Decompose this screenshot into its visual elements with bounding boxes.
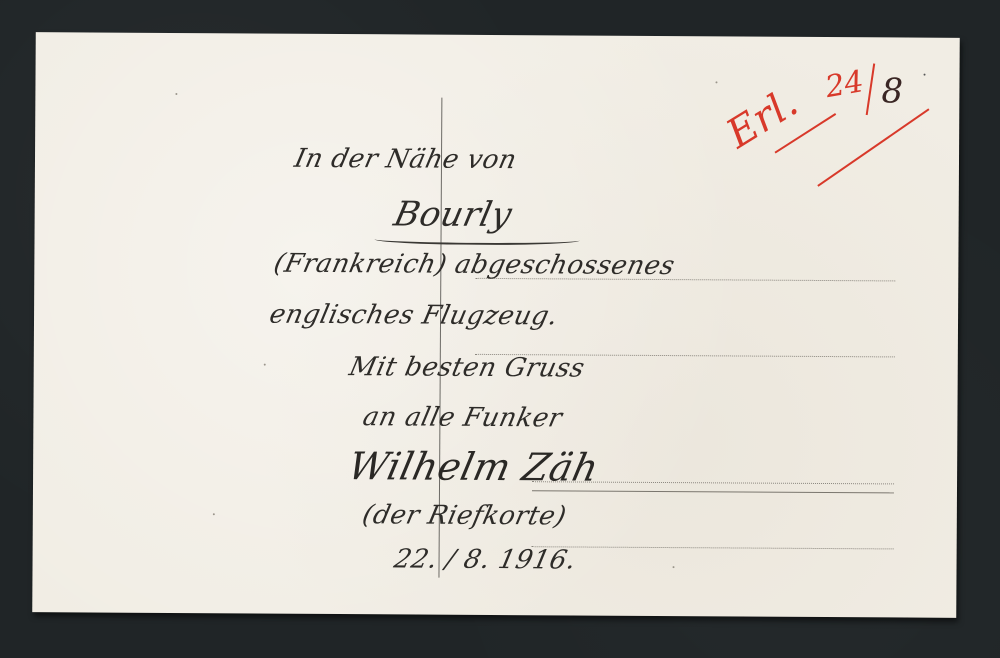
red-annotation-slash [866,63,876,115]
paper-speck [715,81,717,83]
red-annotation-number: 24 [823,64,867,105]
message-line-1: In der Nähe von [292,144,520,175]
paper-speck [213,513,215,515]
red-annotation-prefix: Erl. [719,80,806,158]
message-line-place: Bourly [390,194,515,235]
message-line-3: (Frankreich) abgeschossenes [271,249,678,281]
place-underline [374,234,579,245]
annotation-suffix: 8 [881,71,903,111]
paper-speck [673,566,675,568]
address-line-4 [532,490,894,493]
signature-note: (der Riefkorte) [360,500,570,531]
date: 22. / 8. 1916. [391,544,579,575]
red-underline-long [817,108,929,186]
paper-speck [175,93,177,95]
address-line-5 [532,546,894,549]
paper-speck [264,364,266,366]
message-line-4: englisches Flugzeug. [267,300,561,332]
message-line-5: Mit besten Gruss [346,352,587,383]
postcard: In der Nähe von Bourly (Frankreich) abge… [32,32,960,618]
annotation-dot [924,74,926,76]
message-line-6: an alle Funker [360,402,565,433]
signature: Wilhelm Zäh [344,444,603,489]
